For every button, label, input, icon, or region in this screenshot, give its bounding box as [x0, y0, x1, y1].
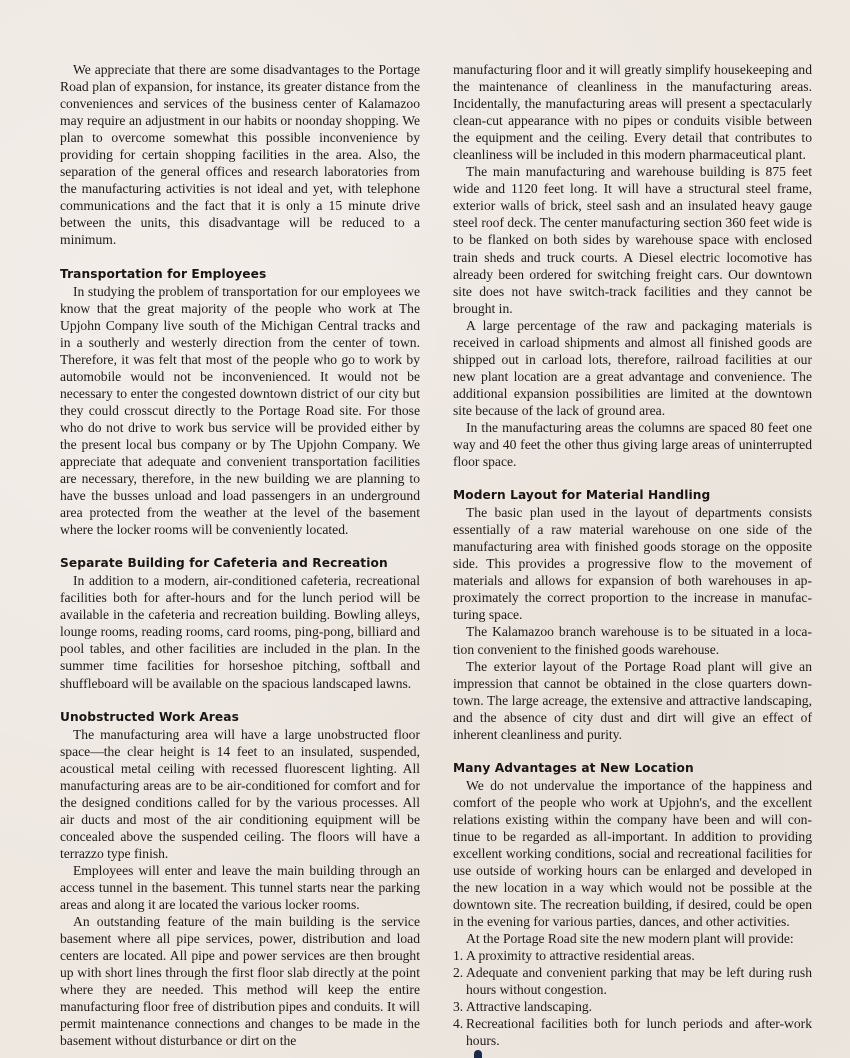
advantages-list: 1.A proximity to attractive residential …	[453, 947, 812, 1049]
section-advantages: Many Advantages at New Location We do no…	[453, 760, 812, 1050]
paragraph: The exterior layout of the Portage Road …	[453, 658, 812, 743]
section-material-handling: Modern Layout for Material Handling The …	[453, 487, 812, 743]
paragraph: In addition to a modern, air-conditioned…	[60, 572, 420, 691]
list-item: 4.Recreational facilities both for lunch…	[453, 1015, 812, 1049]
continuation-paragraph: manufacturing floor and it will greatly …	[453, 61, 812, 163]
right-column: manufacturing floor and it will greatly …	[453, 61, 812, 1050]
list-item: 1.A proximity to attractive residential …	[453, 947, 812, 964]
section-heading: Many Advantages at New Location	[453, 760, 812, 777]
intro-paragraph: We appreciate that there are some disadv…	[60, 61, 420, 249]
section-heading: Separate Building for Cafeteria and Recr…	[60, 555, 420, 572]
paragraph: The basic plan used in the layout of dep…	[453, 504, 812, 623]
paragraph: We do not undervalue the importance of t…	[453, 777, 812, 930]
paragraph: At the Portage Road site the new modern …	[453, 930, 812, 947]
paragraph: An outstanding feature of the main build…	[60, 913, 420, 1049]
paragraph: The Kalamazoo branch warehouse is to be …	[453, 623, 812, 657]
paragraph: The main manufacturing and warehouse bui…	[453, 163, 812, 316]
left-column: We appreciate that there are some disadv…	[60, 61, 420, 1049]
document-page: We appreciate that there are some disadv…	[0, 0, 850, 1058]
list-item: 3.Attractive landscaping.	[453, 998, 812, 1015]
list-item: 2.Adequate and convenient parking that m…	[453, 964, 812, 998]
section-heading: Unobstructed Work Areas	[60, 709, 420, 726]
paragraph: In the manufacturing areas the columns a…	[453, 419, 812, 470]
paragraph: In studying the problem of transportatio…	[60, 283, 420, 539]
section-heading: Modern Layout for Material Handling	[453, 487, 812, 504]
section-work-areas: Unobstructed Work Areas The manufacturin…	[60, 709, 420, 1050]
section-transportation: Transportation for Employees In studying…	[60, 266, 420, 539]
section-heading: Transportation for Employees	[60, 266, 420, 283]
section-cafeteria: Separate Building for Cafeteria and Recr…	[60, 555, 420, 691]
paragraph: Employees will enter and leave the main …	[60, 862, 420, 913]
page-edge-mark	[474, 1050, 482, 1058]
paragraph: A large percentage of the raw and packag…	[453, 317, 812, 419]
paragraph: The manufacturing area will have a large…	[60, 726, 420, 862]
